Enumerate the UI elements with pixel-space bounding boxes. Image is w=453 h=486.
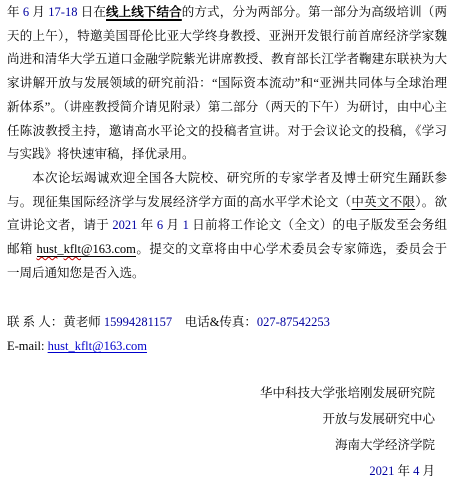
paragraph-call-for-papers: 本次论坛竭诚欢迎全国各大院校、研究所的专家学者及博士研究生踊跃参与。现征集国际经… [7,167,447,286]
text-run: 月 [29,5,48,19]
submission-email: _ [57,242,63,257]
signature-line: 开放与发展研究中心 [7,406,435,432]
text-run: 2021 [112,218,137,232]
text-run: 电话&传真： [172,315,257,329]
signature-date: 月 [419,464,435,478]
submission-email: @163.com [81,242,136,257]
document-page: 年 6 月 17-18 日在线上线下结合的方式，分为两部分。第一部分为高级培训（… [0,0,453,486]
text-run: 联 系 人：黄老师 [7,315,104,329]
emphasis-language: 中英文不限 [351,195,415,209]
fax-number: 027-87542253 [257,315,330,329]
signature-line: 华中科技大学张培刚发展研究院 [7,380,435,406]
signature-block: 华中科技大学张培刚发展研究院 开放与发展研究中心 海南大学经济学院 2021 年… [7,380,447,484]
submission-email: kflt [64,242,81,257]
contact-block: 联 系 人：黄老师 15994281157 电话&传真：027-87542253… [7,311,447,358]
text-run: E-mail: [7,339,48,353]
signature-org-1: 华中科技大学张培刚发展研究院 [260,386,435,400]
contact-line: 联 系 人：黄老师 15994281157 电话&传真：027-87542253 [7,311,447,335]
text-run: 17-18 [48,5,77,19]
email-line: E-mail: hust_kflt@163.com [7,335,447,359]
signature-org-3: 海南大学经济学院 [335,438,435,452]
text-run: 年 [7,5,23,19]
submission-email: hust [37,242,58,257]
text-run: 年 [137,218,157,232]
emphasis-online-offline: 线上线下结合 [106,5,182,19]
contact-phone: 15994281157 [104,315,172,329]
signature-line: 海南大学经济学院 [7,432,435,458]
signature-date: 年 [394,464,413,478]
paragraph-forum-format: 年 6 月 17-18 日在线上线下结合的方式，分为两部分。第一部分为高级培训（… [7,1,447,167]
text-run: 日在 [77,5,106,19]
email-link[interactable]: hust_kflt@163.com [48,339,147,353]
text-run: 月 [163,218,183,232]
signature-org-2: 开放与发展研究中心 [322,412,435,426]
text-run: 的方式，分为两部分。第一部分为高级培训（两天的上午），特邀美国哥伦比亚大学终身教… [7,5,447,161]
signature-date: 2021 [369,464,394,478]
signature-line: 2021 年 4 月 [7,458,435,484]
